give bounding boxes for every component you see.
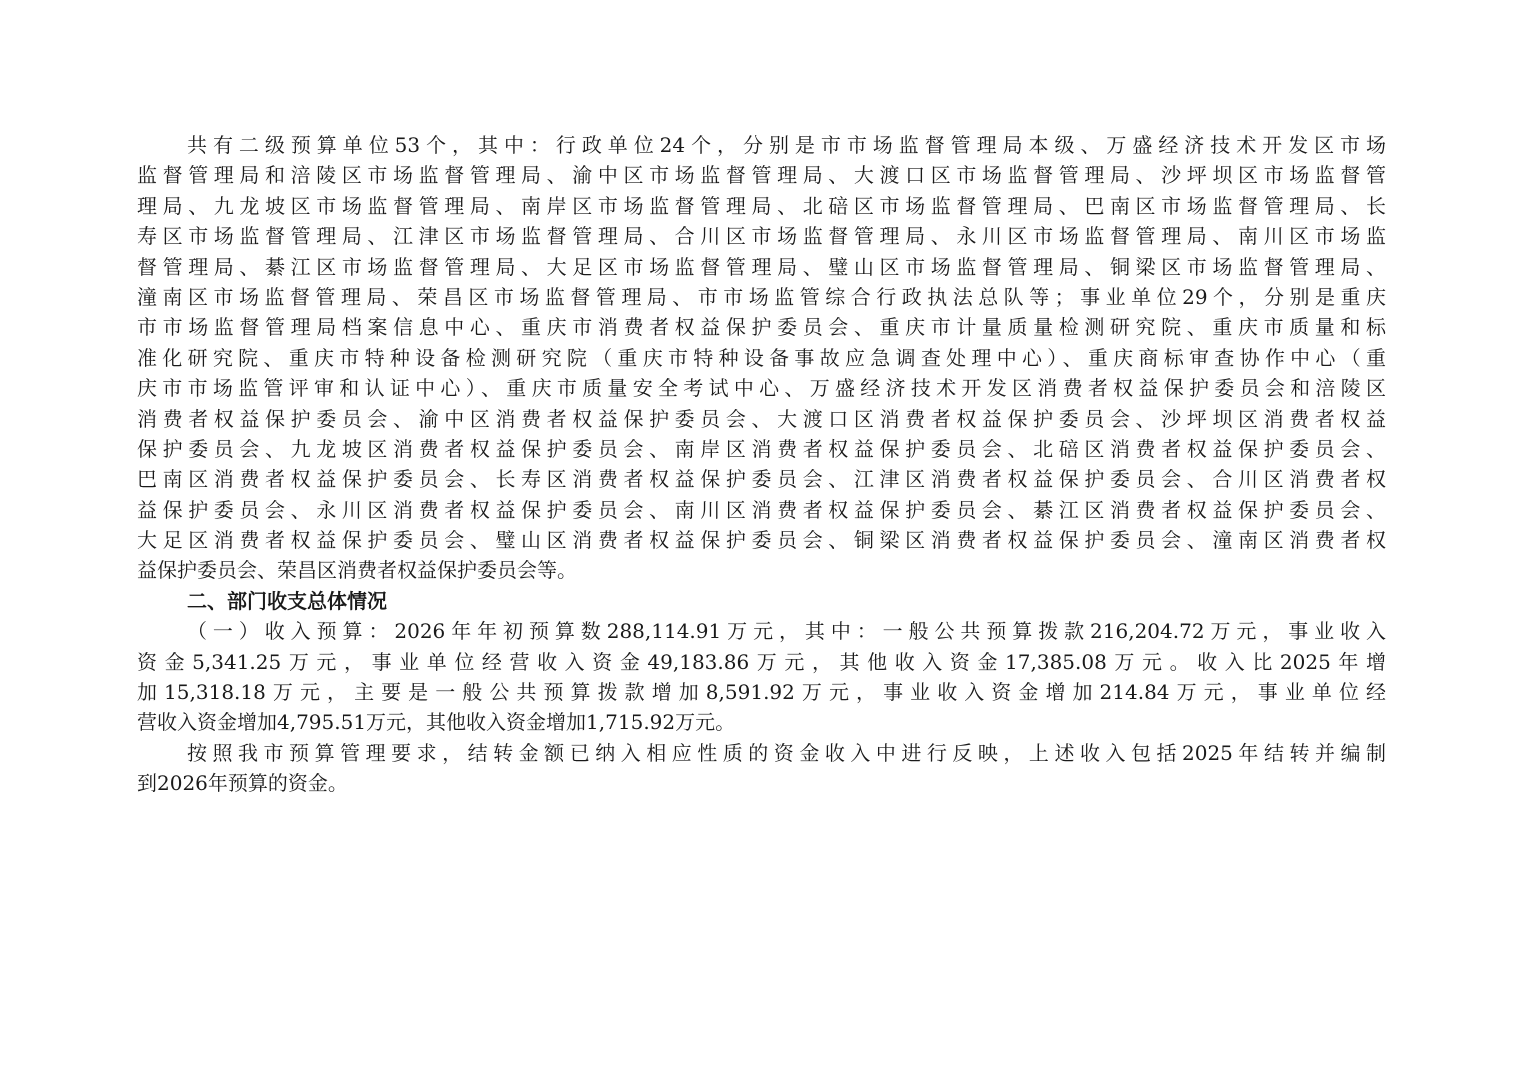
document-page: 共有二级预算单位53个，其中：行政单位24个，分别是市市场监督管理局本级、万盛经… (137, 130, 1386, 799)
text-line: 市市场监督管理局档案信息中心、重庆市消费者权益保护委员会、重庆市计量质量检测研究… (137, 312, 1386, 342)
text-line: 巴南区消费者权益保护委员会、长寿区消费者权益保护委员会、江津区消费者权益保护委员… (137, 464, 1386, 494)
text-line: 大足区消费者权益保护委员会、璧山区消费者权益保护委员会、铜梁区消费者权益保护委员… (137, 525, 1386, 555)
text-line: 益保护委员会、永川区消费者权益保护委员会、南川区消费者权益保护委员会、綦江区消费… (137, 495, 1386, 525)
section-heading: 二、部门收支总体情况 (137, 586, 1386, 616)
text-line: 庆市市场监管评审和认证中心）、重庆市质量安全考试中心、万盛经济技术开发区消费者权… (137, 373, 1386, 403)
text-line: 督管理局、綦江区市场监督管理局、大足区市场监督管理局、璧山区市场监督管理局、铜梁… (137, 252, 1386, 282)
paragraph-budget-units: 共有二级预算单位53个，其中：行政单位24个，分别是市市场监督管理局本级、万盛经… (137, 130, 1386, 586)
text-line: 消费者权益保护委员会、渝中区消费者权益保护委员会、大渡口区消费者权益保护委员会、… (137, 404, 1386, 434)
text-line: 按照我市预算管理要求，结转金额已纳入相应性质的资金收入中进行反映，上述收入包括2… (137, 738, 1386, 768)
text-line: 加15,318.18万元，主要是一般公共预算拨款增加8,591.92万元，事业收… (137, 677, 1386, 707)
text-line: 准化研究院、重庆市特种设备检测研究院（重庆市特种设备事故应急调查处理中心）、重庆… (137, 343, 1386, 373)
text-line: 监督管理局和涪陵区市场监督管理局、渝中区市场监督管理局、大渡口区市场监督管理局、… (137, 160, 1386, 190)
text-line: 理局、九龙坡区市场监督管理局、南岸区市场监督管理局、北碚区市场监督管理局、巴南区… (137, 191, 1386, 221)
text-line: 共有二级预算单位53个，其中：行政单位24个，分别是市市场监督管理局本级、万盛经… (137, 130, 1386, 160)
text-line: 到2026年预算的资金。 (137, 768, 1386, 798)
text-line: 保护委员会、九龙坡区消费者权益保护委员会、南岸区消费者权益保护委员会、北碚区消费… (137, 434, 1386, 464)
text-line: 潼南区市场监督管理局、荣昌区市场监督管理局、市市场监管综合行政执法总队等；事业单… (137, 282, 1386, 312)
text-line: 益保护委员会、荣昌区消费者权益保护委员会等。 (137, 555, 1386, 585)
text-line: （一）收入预算：2026年年初预算数288,114.91万元，其中：一般公共预算… (137, 616, 1386, 646)
paragraph-carryover-note: 按照我市预算管理要求，结转金额已纳入相应性质的资金收入中进行反映，上述收入包括2… (137, 738, 1386, 799)
paragraph-income-budget: （一）收入预算：2026年年初预算数288,114.91万元，其中：一般公共预算… (137, 616, 1386, 738)
text-line: 资金5,341.25万元，事业单位经营收入资金49,183.86万元，其他收入资… (137, 647, 1386, 677)
text-line: 营收入资金增加4,795.51万元，其他收入资金增加1,715.92万元。 (137, 707, 1386, 737)
text-line: 寿区市场监督管理局、江津区市场监督管理局、合川区市场监督管理局、永川区市场监督管… (137, 221, 1386, 251)
